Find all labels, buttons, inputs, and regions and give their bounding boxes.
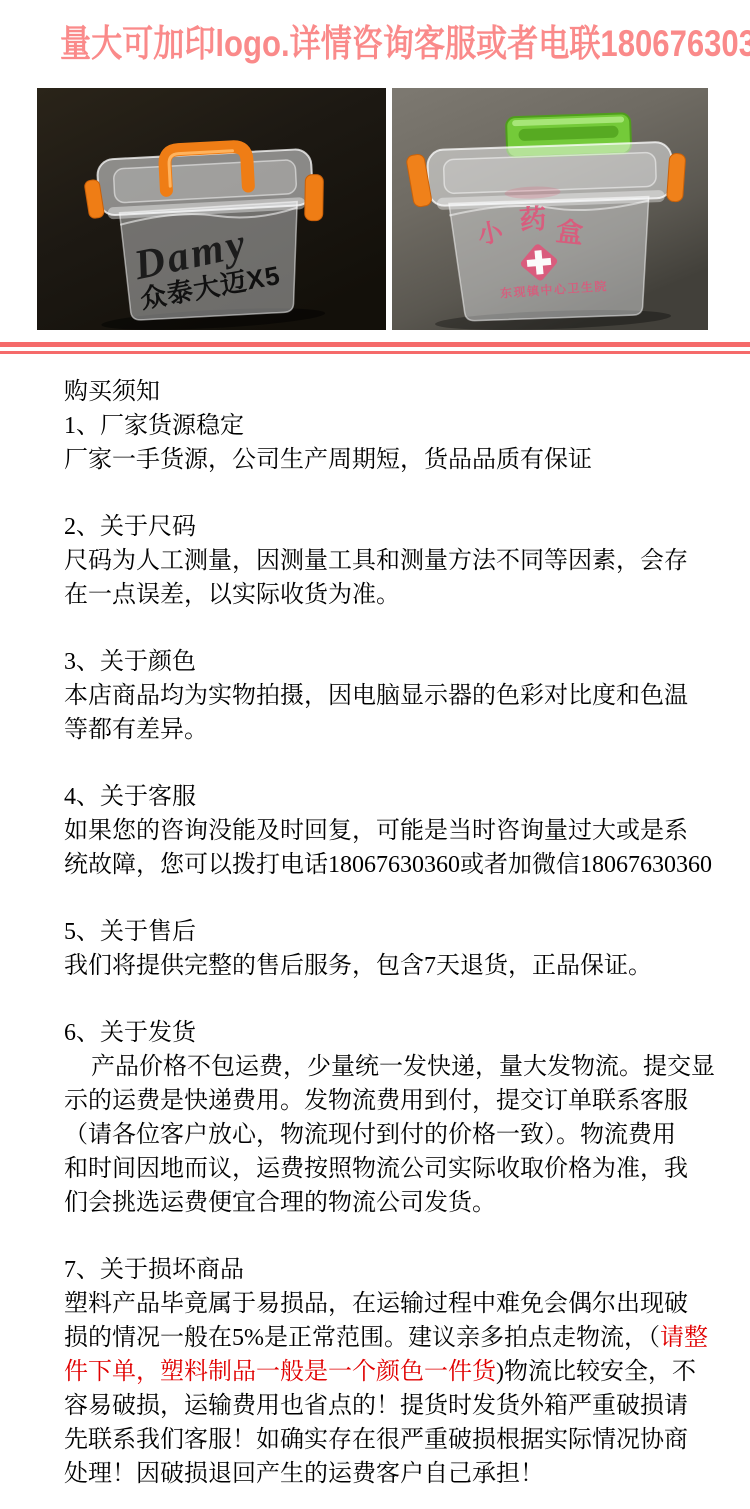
box-clasp-right	[666, 153, 685, 202]
section-heading: 7、关于损坏商品	[64, 1253, 724, 1287]
section-heading: 4、关于客服	[64, 780, 724, 814]
section-text-line: 尺码为人工测量，因测量工具和测量方法不同等因素，会存	[64, 544, 724, 578]
section-text-line: 容易破损，运输费用也省点的！提货时发货外箱严重破损请	[64, 1389, 724, 1423]
section-heading: 2、关于尺码	[64, 510, 724, 544]
section-text-line: 等都有差异。	[64, 713, 724, 747]
section-text-line: 我们将提供完整的售后服务，包含7天退货，正品保证。	[64, 949, 724, 983]
box-print-title-char3: 盒	[555, 216, 585, 249]
section-text-line: （请各位客户放心，物流现付到付的价格一致）。物流费用	[64, 1118, 724, 1152]
product-photo-orange-handle-box: Damy 众泰大迈X5	[37, 88, 386, 330]
notice-section-shipping: 6、关于发货 产品价格不包运费，少量统一发快递，量大发物流。提交显 示的运费是快…	[64, 1016, 724, 1220]
notice-section-supply: 1、厂家货源稳定 厂家一手货源，公司生产周期短，货品品质有保证	[64, 409, 724, 477]
promo-banner: 量大可加印logo.详情咨询客服或者电联18067630360	[60, 24, 690, 65]
notice-section-service: 4、关于客服 如果您的咨询没能及时回复，可能是当时咨询量过大或是系 统故障，您可…	[64, 780, 724, 882]
box-print-title-char2: 药	[518, 204, 547, 236]
notice-section-damage: 7、关于损坏商品 塑料产品毕竟属于易损品，在运输过程中难免会偶尔出现破 损的情况…	[64, 1253, 724, 1491]
section-heading: 3、关于颜色	[64, 645, 724, 679]
notice-section-color: 3、关于颜色 本店商品均为实物拍摄，因电脑显示器的色彩对比度和色温 等都有差异。	[64, 645, 724, 747]
section-text-line: 厂家一手货源，公司生产周期短，货品品质有保证	[64, 443, 724, 477]
separator-line-bottom	[0, 351, 750, 354]
product-photo-green-handle-box: 小 药 盒 东现镇中心卫生院	[392, 88, 708, 330]
notice-section-size: 2、关于尺码 尺码为人工测量，因测量工具和测量方法不同等因素，会存 在一点误差，…	[64, 510, 724, 612]
section-heading: 5、关于售后	[64, 915, 724, 949]
section-text-line: 统故障，您可以拨打电话18067630360或者加微信18067630360	[64, 848, 724, 882]
section-text-line: 和时间因地而议，运费按照物流公司实际收取价格为准，我	[64, 1152, 724, 1186]
text-black: 损的情况一般在5%是正常范围。建议亲多拍点走物流，（	[64, 1325, 660, 1351]
text-black: )物流比较安全，不	[496, 1359, 696, 1385]
notice-section-aftersale: 5、关于售后 我们将提供完整的售后服务，包含7天退货，正品保证。	[64, 915, 724, 983]
section-text-line: 产品价格不包运费，少量统一发快递，量大发物流。提交显	[64, 1050, 724, 1084]
section-text-line: 们会挑选运费便宜合理的物流公司发货。	[64, 1186, 724, 1220]
box-clasp-right	[305, 174, 324, 220]
section-text-line: 塑料产品毕竟属于易损品，在运输过程中难免会偶尔出现破	[64, 1287, 724, 1321]
promo-banner-text: 量大可加印logo.详情咨询客服或者电联18067630360	[60, 23, 750, 64]
text-red: 件下单，塑料制品一般是一个颜色一件货	[64, 1359, 496, 1385]
text-red: 请整	[660, 1325, 708, 1351]
section-text-line: 示的运费是快递费用。发物流费用到付，提交订单联系客服	[64, 1084, 724, 1118]
orange-box-illustration: Damy 众泰大迈X5	[37, 88, 386, 330]
section-text-line: 处理！因破损退回产生的运费客户自己承担！	[64, 1457, 724, 1491]
section-text-line: 本店商品均为实物拍摄，因电脑显示器的色彩对比度和色温	[64, 679, 724, 713]
product-photos: Damy 众泰大迈X5	[37, 88, 708, 330]
section-heading: 1、厂家货源稳定	[64, 409, 724, 443]
notice-title: 购买须知	[64, 375, 724, 409]
purchase-notice: 购买须知 1、厂家货源稳定 厂家一手货源，公司生产周期短，货品品质有保证 2、关…	[64, 375, 724, 1491]
section-text-line: 在一点误差，以实际收货为准。	[64, 578, 724, 612]
section-text-line: 如果您的咨询没能及时回复，可能是当时咨询量过大或是系	[64, 814, 724, 848]
section-text-line-mixed: 件下单，塑料制品一般是一个颜色一件货)物流比较安全，不	[64, 1355, 724, 1389]
section-text-line-mixed: 损的情况一般在5%是正常范围。建议亲多拍点走物流，（请整	[64, 1321, 724, 1355]
section-text-line: 先联系我们客服！如确实存在很严重破损根据实际情况协商	[64, 1423, 724, 1457]
green-box-illustration: 小 药 盒 东现镇中心卫生院	[392, 88, 708, 330]
separator-double-red-line	[0, 342, 750, 354]
section-heading: 6、关于发货	[64, 1016, 724, 1050]
